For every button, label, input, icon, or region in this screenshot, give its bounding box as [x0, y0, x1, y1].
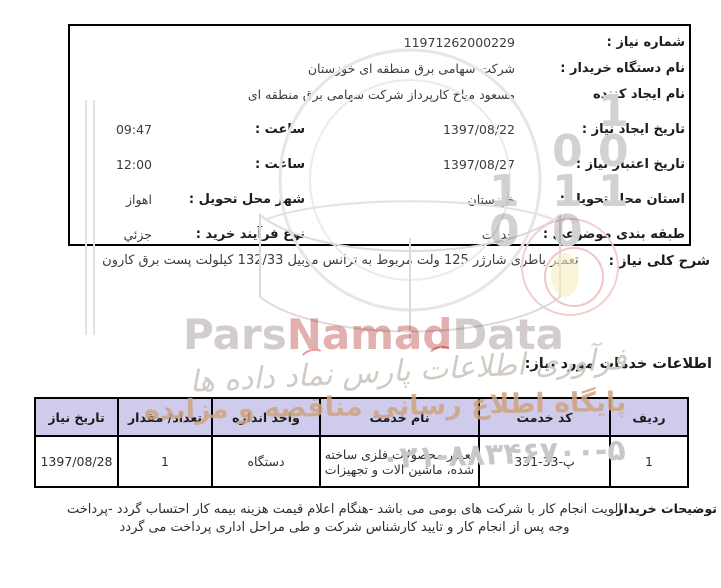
- create-date-value: 1397/08/22: [319, 122, 515, 137]
- info-row-delivery-province: استان محل تحویل : خوزستان شهر محل تحویل …: [70, 186, 689, 212]
- purchase-process-value: جزئي: [72, 227, 164, 242]
- header-unit: واحد اندازه: [212, 398, 320, 436]
- delivery-province-value: خوزستان: [319, 192, 515, 207]
- create-time-value: 09:47: [72, 122, 164, 137]
- need-summary-label: شرح کلی نیاز :: [609, 253, 710, 269]
- services-table-head: ردیف کد خدمت نام خدمت واحد اندازه تعداد/…: [35, 398, 688, 436]
- create-time-label: ساعت :: [164, 122, 319, 137]
- info-row-expiry-date: تاریخ اعتبار نیاز : 1397/08/27 ساعت : 12…: [70, 151, 689, 177]
- creator-name-label: نام ایجاد کننده: [515, 87, 689, 102]
- need-number-label: شماره نیاز :: [515, 35, 689, 50]
- info-row-creator-name: نام ایجاد کننده مسعود میاح کارپرداز شرکت…: [70, 81, 689, 107]
- subject-class-value: خدمت: [319, 227, 515, 242]
- header-service-code: کد خدمت: [479, 398, 610, 436]
- buyer-name-label: نام دستگاه خریدار :: [515, 61, 689, 76]
- cell-row-number: 1: [610, 436, 688, 487]
- create-date-label: تاریخ ایجاد نیاز :: [515, 122, 689, 137]
- header-row-number: ردیف: [610, 398, 688, 436]
- services-table: ردیف کد خدمت نام خدمت واحد اندازه تعداد/…: [34, 397, 689, 488]
- services-table-body: 1 پ-33-331 تعمیر محصولات فلزی ساخته شده،…: [35, 436, 688, 487]
- cell-quantity: 1: [118, 436, 212, 487]
- subject-class-label: طبقه بندی موضوعی :: [515, 227, 689, 242]
- info-row-need-number: شماره نیاز : 11971262000229: [70, 29, 689, 55]
- expiry-date-value: 1397/08/27: [319, 157, 515, 172]
- brand-segment-data: Data: [452, 310, 564, 359]
- info-row-subject-class: طبقه بندی موضوعی : خدمت نوع فرآیند خرید …: [70, 221, 689, 247]
- procurement-notice-page: شماره نیاز : 11971262000229 نام دستگاه خ…: [0, 0, 721, 588]
- brand-segment-pars: Pars: [183, 310, 287, 359]
- parsnamaddata-brand-watermark: ParsNamadData: [183, 310, 564, 359]
- header-quantity: تعداد/ مقدار: [118, 398, 212, 436]
- delivery-city-label: شهر محل تحویل :: [164, 192, 319, 207]
- buyer-remarks-text: الویت انجام کار با شرکت های بومی می باشد…: [57, 501, 632, 537]
- header-row: ردیف کد خدمت نام خدمت واحد اندازه تعداد/…: [35, 398, 688, 436]
- table-row: 1 پ-33-331 تعمیر محصولات فلزی ساخته شده،…: [35, 436, 688, 487]
- info-row-buyer-name: نام دستگاه خریدار : شرکت سهامی برق منطقه…: [70, 55, 689, 81]
- delivery-city-value: اهواز: [72, 192, 164, 207]
- creator-name-value: مسعود میاح کارپرداز شرکت سهامی برق منطقه…: [319, 87, 515, 102]
- info-row-create-date: تاریخ ایجاد نیاز : 1397/08/22 ساعت : 09:…: [70, 116, 689, 142]
- need-summary-row: شرح کلی نیاز : تعمیر باطری شارژر 125 ولت…: [40, 253, 710, 269]
- red-accent-mark: [298, 346, 328, 370]
- cell-service-name: تعمیر محصولات فلزی ساخته شده، ماشین الات…: [320, 436, 479, 487]
- need-info-box: شماره نیاز : 11971262000229 نام دستگاه خ…: [68, 24, 691, 246]
- delivery-province-label: استان محل تحویل :: [515, 192, 689, 207]
- expiry-time-label: ساعت :: [164, 157, 319, 172]
- need-number-value: 11971262000229: [319, 35, 515, 50]
- expiry-date-label: تاریخ اعتبار نیاز :: [515, 157, 689, 172]
- need-summary-value: تعمیر باطری شارژر 125 ولت مربوط به ترانس…: [102, 253, 578, 268]
- cell-unit: دستگاه: [212, 436, 320, 487]
- header-need-date: تاریخ نیاز: [35, 398, 118, 436]
- services-section-heading: اطلاعات خدمات مورد نیاز:: [525, 356, 712, 372]
- cell-need-date: 1397/08/28: [35, 436, 118, 487]
- cell-service-code: پ-33-331: [479, 436, 610, 487]
- header-service-name: نام خدمت: [320, 398, 479, 436]
- purchase-process-label: نوع فرآیند خرید :: [164, 227, 319, 242]
- expiry-time-value: 12:00: [72, 157, 164, 172]
- brand-segment-namad: Namad: [287, 310, 453, 359]
- buyer-name-value: شرکت سهامی برق منطقه ای خوزستان: [319, 61, 515, 76]
- red-accent-mark: [427, 344, 456, 366]
